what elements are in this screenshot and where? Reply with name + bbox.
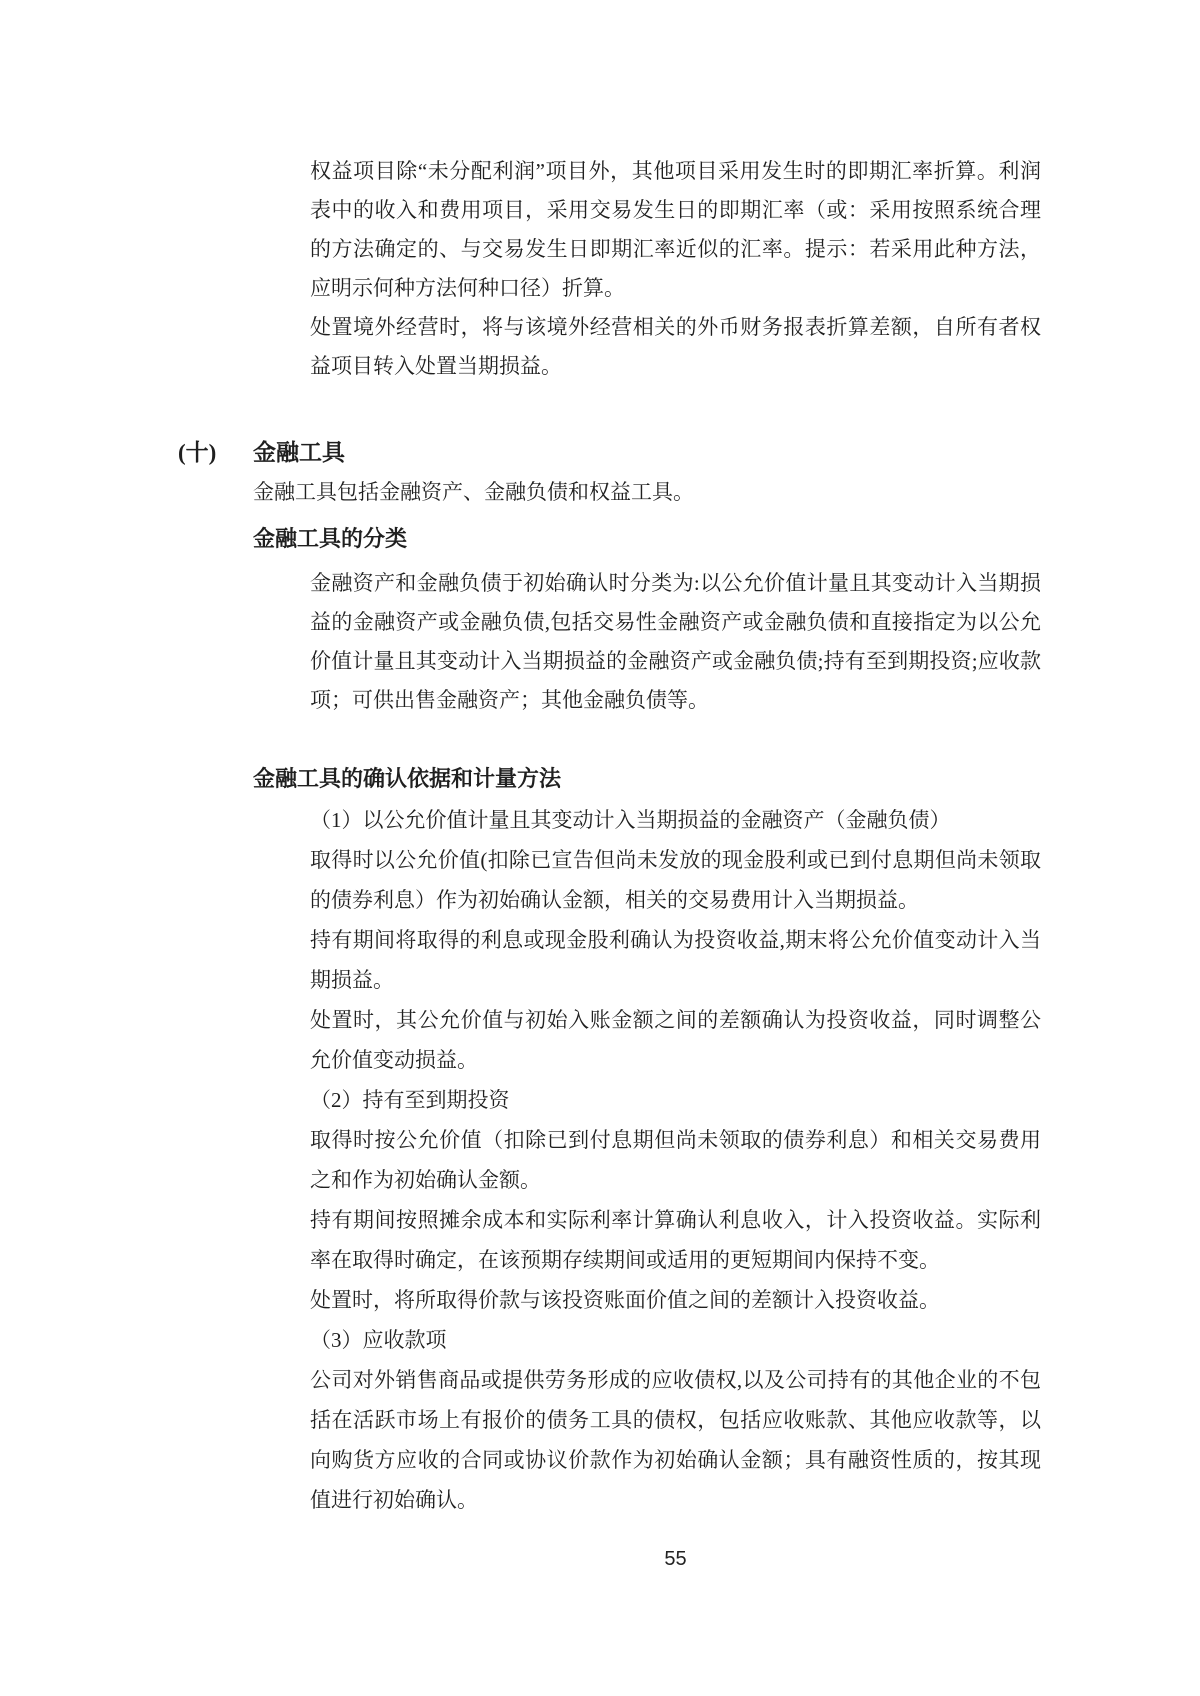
classification-paragraph: 金融资产和金融负债于初始确认时分类为:以公允价值计量且其变动计入当期损益的金融资… xyxy=(310,564,1041,720)
measurement-item-1-title: （1）以公允价值计量且其变动计入当期损益的金融资产（金融负债） xyxy=(310,800,1041,840)
body-paragraph: 取得时按公允价值（扣除已到付息期但尚未领取的债券利息）和相关交易费用之和作为初始… xyxy=(310,1120,1041,1200)
document-page: 权益项目除“未分配利润”项目外，其他项目采用发生时的即期汇率折算。利润表中的收入… xyxy=(0,0,1200,1696)
body-paragraph: 权益项目除“未分配利润”项目外，其他项目采用发生时的即期汇率折算。利润表中的收入… xyxy=(310,152,1041,308)
body-paragraph: 处置时，其公允价值与初始入账金额之间的差额确认为投资收益，同时调整公允价值变动损… xyxy=(310,1000,1041,1080)
measurement-block: （1）以公允价值计量且其变动计入当期损益的金融资产（金融负债） 取得时以公允价值… xyxy=(310,800,1041,1520)
subheading-classification: 金融工具的分类 xyxy=(253,524,407,554)
body-paragraph: 持有期间按照摊余成本和实际利率计算确认利息收入，计入投资收益。实际利率在取得时确… xyxy=(310,1200,1041,1280)
section-intro: 金融工具包括金融资产、金融负债和权益工具。 xyxy=(253,477,1043,507)
section-number: (十) xyxy=(178,438,253,468)
section-title: 金融工具 xyxy=(253,440,345,465)
body-paragraph: 取得时以公允价值(扣除已宣告但尚未发放的现金股利或已到付息期但尚未领取的债券利息… xyxy=(310,840,1041,920)
body-paragraph: 处置境外经营时，将与该境外经营相关的外币财务报表折算差额，自所有者权益项目转入处… xyxy=(310,308,1041,386)
body-paragraph: 公司对外销售商品或提供劳务形成的应收债权,以及公司持有的其他企业的不包括在活跃市… xyxy=(310,1360,1041,1520)
measurement-item-3-title: （3）应收款项 xyxy=(310,1320,1041,1360)
foreign-currency-translation-block: 权益项目除“未分配利润”项目外，其他项目采用发生时的即期汇率折算。利润表中的收入… xyxy=(310,152,1041,386)
page-number: 55 xyxy=(310,1548,1041,1571)
section-heading: (十)金融工具 xyxy=(178,438,345,468)
subheading-measurement: 金融工具的确认依据和计量方法 xyxy=(253,764,561,794)
measurement-item-2-title: （2）持有至到期投资 xyxy=(310,1080,1041,1120)
body-paragraph: 持有期间将取得的利息或现金股利确认为投资收益,期末将公允价值变动计入当期损益。 xyxy=(310,920,1041,1000)
body-paragraph: 处置时，将所取得价款与该投资账面价值之间的差额计入投资收益。 xyxy=(310,1280,1041,1320)
